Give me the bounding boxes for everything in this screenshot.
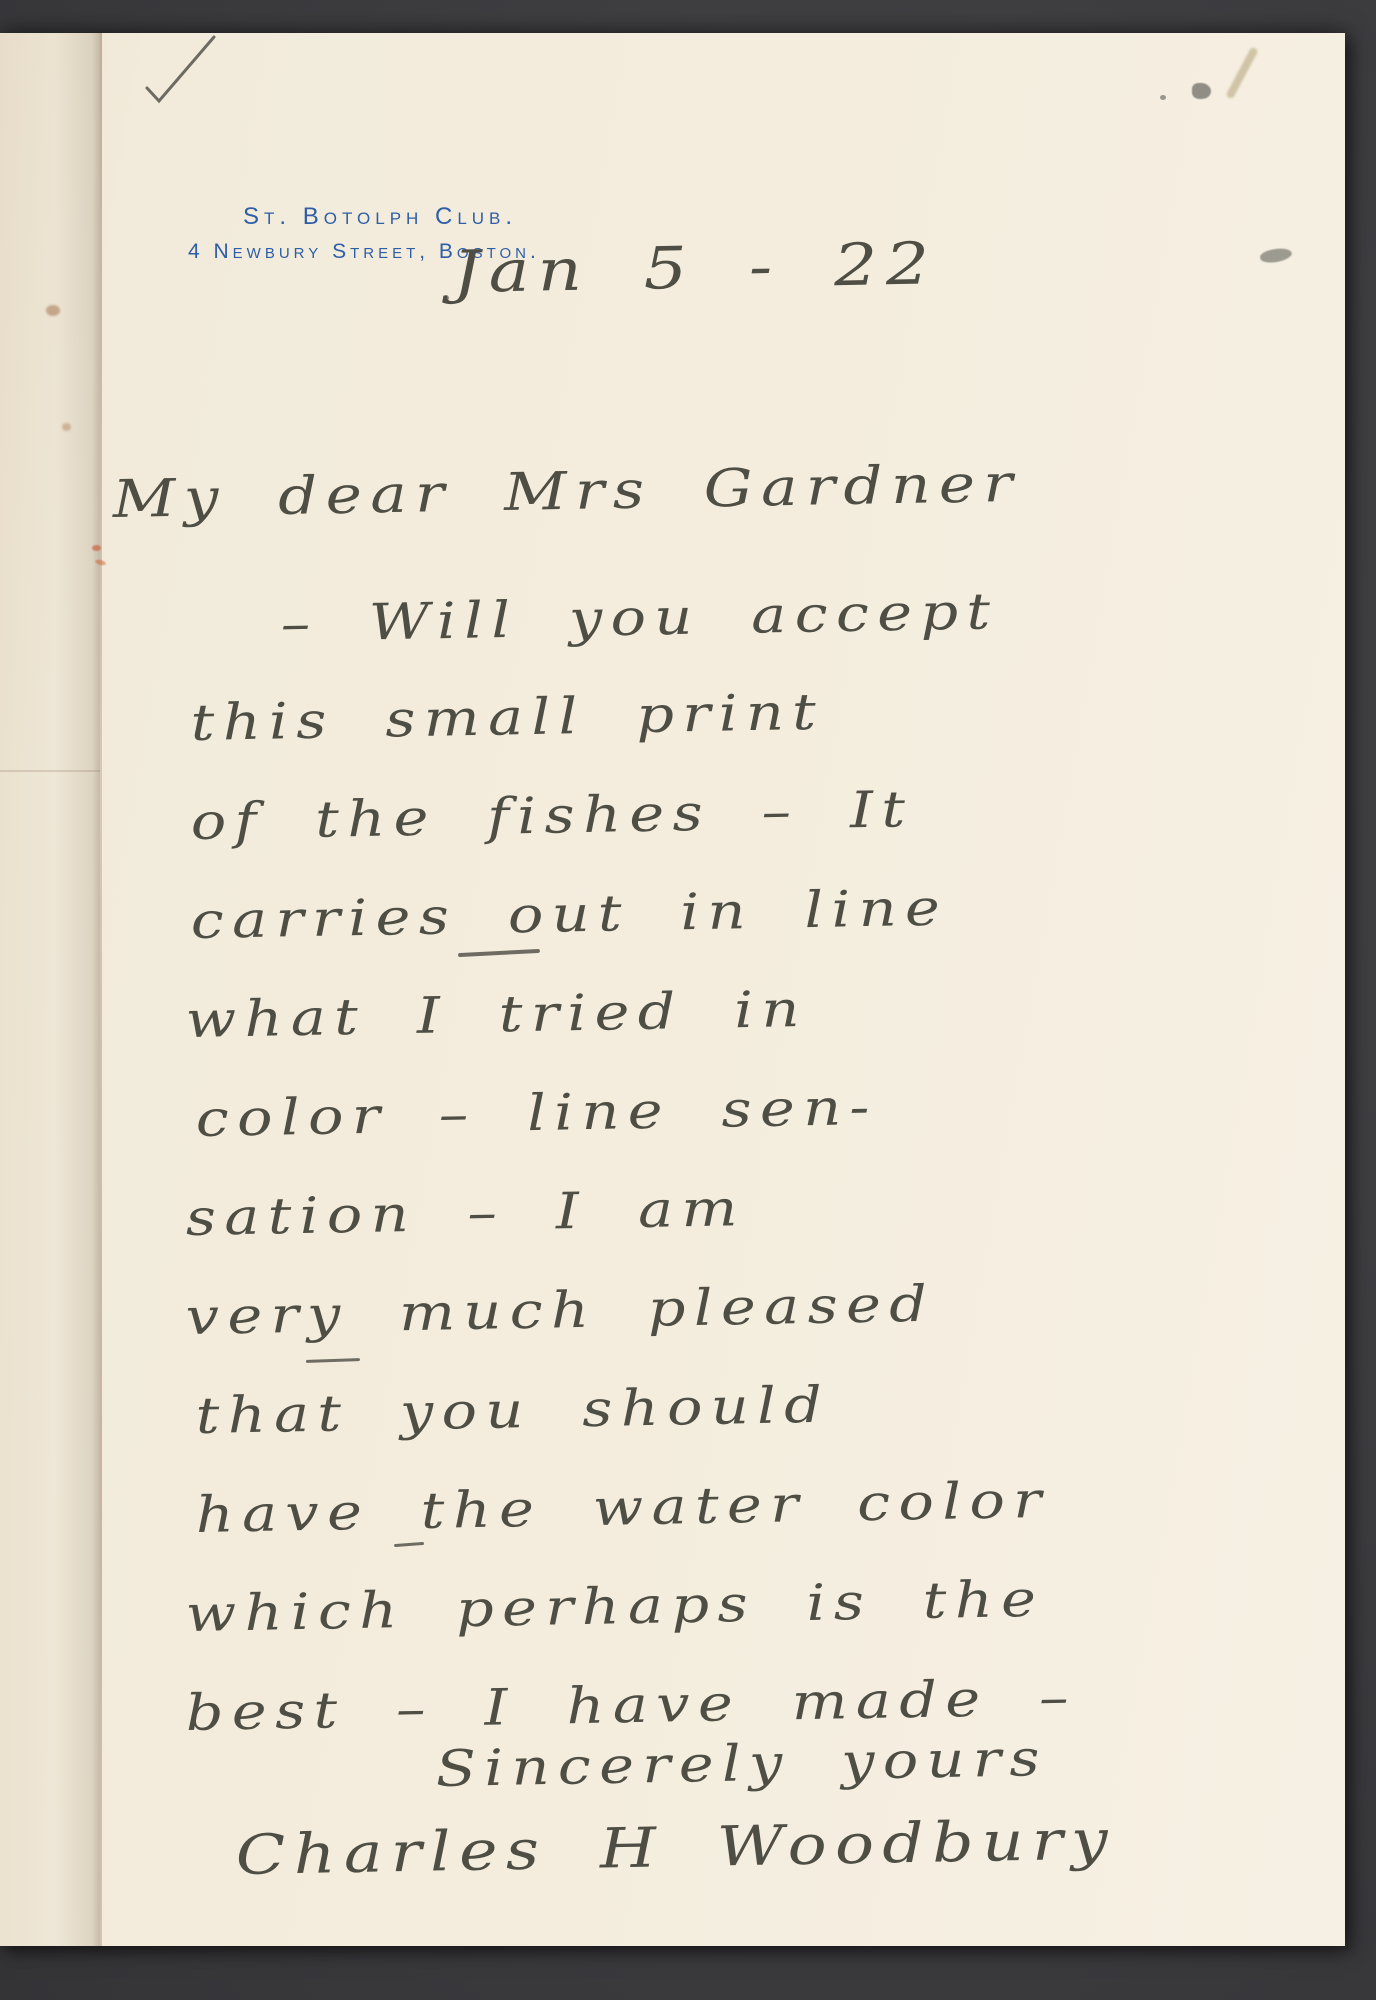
pencil-smudge xyxy=(1192,83,1211,99)
checkmark-icon xyxy=(130,33,230,113)
salutation: My dear Mrs Gardner xyxy=(112,454,1022,530)
pencil-smudge xyxy=(1259,246,1293,264)
pencil-smudge xyxy=(1160,95,1166,100)
ink-dot xyxy=(443,295,449,301)
photo-background: St. Botolph Club. 4 Newbury Street, Bost… xyxy=(0,0,1376,2000)
closing: Sincerely yours xyxy=(435,1729,1048,1798)
letter-body: – Will you acceptthis small printof the … xyxy=(0,595,1345,1783)
letter-paper: St. Botolph Club. 4 Newbury Street, Bost… xyxy=(0,33,1345,1946)
letterhead-club-name: St. Botolph Club. xyxy=(243,203,517,231)
red-stain xyxy=(92,545,101,551)
foxing-stain xyxy=(46,305,60,316)
signature: Charles H Woodbury xyxy=(235,1807,1117,1887)
yellow-streak xyxy=(1225,46,1258,99)
letter-date: Jan 5 - 22 xyxy=(452,229,938,306)
foxing-stain xyxy=(62,423,71,431)
